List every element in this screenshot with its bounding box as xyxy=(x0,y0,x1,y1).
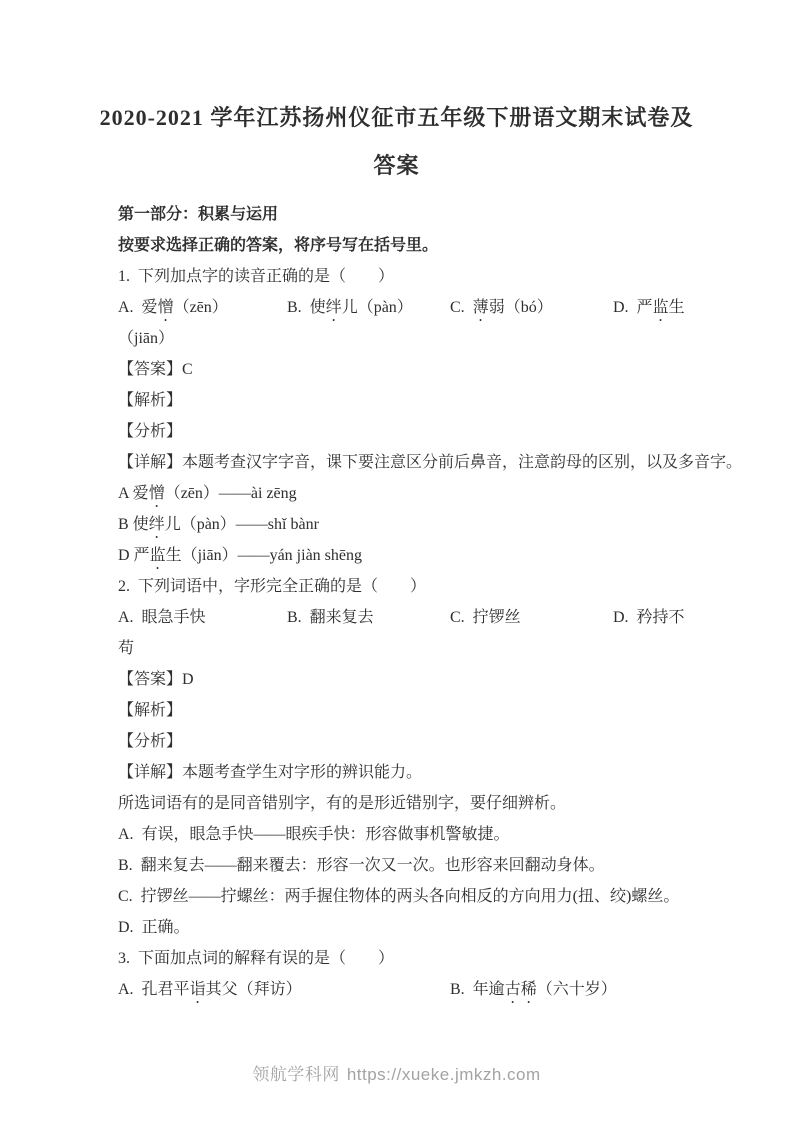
text-run: B. 使 xyxy=(287,299,326,316)
explanation-1-b: B 使绊儿（pàn）——shǐ bànr xyxy=(118,509,683,540)
text-run: 按要求选择正确的答案，将序号写在括号里。 xyxy=(118,237,438,254)
text-run: D 严 xyxy=(118,547,150,564)
detail-2: 【详解】本题考查学生对字形的辨识能力。 xyxy=(118,757,683,788)
explanation-2-a: A. 有误，眼急手快——眼疾手快：形容做事机警敏捷。 xyxy=(118,819,683,850)
text-run: 【答案】D xyxy=(118,671,194,688)
explanation-1-d: D 严监生（jiān）——yán jiàn shēng xyxy=(118,540,683,571)
text-run: 生（jiān）——yán jiàn shēng xyxy=(166,547,362,564)
detail-1: 【详解】本题考查汉字字音，课下要注意区分前后鼻音，注意韵母的区别，以及多音字。 xyxy=(118,447,683,478)
text-run: 【分析】 xyxy=(118,733,182,750)
text-run: 1. 下列加点字的读音正确的是（ ） xyxy=(118,268,394,285)
analysis-1: 【分析】 xyxy=(118,416,683,447)
document-title: 2020-2021 学年江苏扬州仪征市五年级下册语文期末试卷及 答案 xyxy=(0,0,793,190)
emphasized-char: 监 xyxy=(653,299,669,316)
text-run: 【详解】本题考查学生对字形的辨识能力。 xyxy=(118,764,422,781)
text-run: 【解析】 xyxy=(118,392,182,409)
answer-2: 【答案】D xyxy=(118,664,683,695)
question-2-options-cell-c: C. 拧锣丝 xyxy=(450,602,613,633)
analysis-2: 【分析】 xyxy=(118,726,683,757)
question-1-options-cell-a: A. 爱憎（zēn） xyxy=(118,292,287,325)
question-1-options: A. 爱憎（zēn）B. 使绊儿（pàn）C. 薄弱（bó）D. 严监生 xyxy=(118,292,683,323)
document-body: 第一部分：积累与运用按要求选择正确的答案，将序号写在括号里。1. 下列加点字的读… xyxy=(118,199,683,1005)
text-run: A. 眼急手快 xyxy=(118,609,206,626)
text-run: 儿（pàn） xyxy=(342,299,413,316)
question-2-options-cell-a: A. 眼急手快 xyxy=(118,602,287,633)
question-1-options-cell-b: B. 使绊儿（pàn） xyxy=(287,292,450,325)
text-run: A. 孔君平 xyxy=(118,981,190,998)
text-run: （zēn） xyxy=(174,299,228,316)
text-run: B 使 xyxy=(118,516,149,533)
emphasized-char: 憎 xyxy=(149,485,165,502)
text-run: 【解析】 xyxy=(118,702,182,719)
text-run: D. 矜持不 xyxy=(613,609,685,626)
explanation-1-a: A 爱憎（zēn）——ài zēng xyxy=(118,478,683,509)
emphasized-char: 绊 xyxy=(326,299,342,316)
footer-site-name: 领航学科网 xyxy=(252,1065,340,1084)
text-run: 2. 下列词语中，字形完全正确的是（ ） xyxy=(118,578,426,595)
text-run: D. 严 xyxy=(613,299,653,316)
emphasized-char: 监 xyxy=(150,547,166,564)
text-run: A 爱 xyxy=(118,485,149,502)
title-line-1: 2020-2021 学年江苏扬州仪征市五年级下册语文期末试卷及 xyxy=(0,94,793,142)
text-run: 所选词语有的是同音错别字，有的是形近错别字，要仔细辨析。 xyxy=(118,795,566,812)
question-1-options-cell-d: D. 严监生 xyxy=(613,292,685,325)
text-run: （六十岁） xyxy=(537,981,617,998)
title-line-2: 答案 xyxy=(0,142,793,190)
document-page: 2020-2021 学年江苏扬州仪征市五年级下册语文期末试卷及 答案 第一部分：… xyxy=(0,0,793,1122)
section-heading: 第一部分：积累与运用 xyxy=(118,199,683,230)
text-run: 3. 下面加点词的解释有误的是（ ） xyxy=(118,950,394,967)
text-run: 弱（bó） xyxy=(489,299,553,316)
question-2-options-cell-b: B. 翻来复去 xyxy=(287,602,450,633)
emphasized-char: 古稀 xyxy=(505,981,537,998)
text-run: 苟 xyxy=(118,640,134,657)
question-1-option-d-continuation: （jiān） xyxy=(118,323,683,354)
question-3-options-cell-a: A. 孔君平诣其父（拜访） xyxy=(118,974,450,1007)
text-run: A. 爱 xyxy=(118,299,158,316)
text-run: C. 拧锣丝——拧螺丝：两手握住物体的两头各向相反的方向用力(扭、绞)螺丝。 xyxy=(118,888,679,905)
text-run: 【分析】 xyxy=(118,423,182,440)
emphasized-char: 憎 xyxy=(158,299,174,316)
question-3-options: A. 孔君平诣其父（拜访）B. 年逾古稀（六十岁） xyxy=(118,974,683,1005)
question-2: 2. 下列词语中，字形完全正确的是（ ） xyxy=(118,571,683,602)
text-run: C. xyxy=(450,299,473,316)
text-run: B. 翻来复去——翻来覆去：形容一次又一次。也形容来回翻动身体。 xyxy=(118,857,605,874)
question-2-option-d-continuation: 苟 xyxy=(118,633,683,664)
question-2-options-cell-d: D. 矜持不 xyxy=(613,602,685,633)
analysis-label-2: 【解析】 xyxy=(118,695,683,726)
question-3-options-cell-b: B. 年逾古稀（六十岁） xyxy=(450,974,683,1007)
emphasized-char: 绊 xyxy=(149,516,165,533)
answer-1: 【答案】C xyxy=(118,354,683,385)
footer-watermark: 领航学科网https://xueke.jmkzh.com xyxy=(0,1060,793,1085)
emphasized-char: 薄 xyxy=(473,299,489,316)
text-run: C. 拧锣丝 xyxy=(450,609,521,626)
instruction: 按要求选择正确的答案，将序号写在括号里。 xyxy=(118,230,683,261)
text-run: 儿（pàn）——shǐ bànr xyxy=(165,516,319,533)
text-run: B. 年逾 xyxy=(450,981,505,998)
emphasized-char: 诣 xyxy=(190,981,206,998)
explanation-2-b: B. 翻来复去——翻来覆去：形容一次又一次。也形容来回翻动身体。 xyxy=(118,850,683,881)
footer-url: https://xueke.jmkzh.com xyxy=(347,1065,541,1084)
text-run: 生 xyxy=(669,299,685,316)
question-1-options-cell-c: C. 薄弱（bó） xyxy=(450,292,613,325)
text-run: （jiān） xyxy=(118,330,174,347)
text-run: 其父（拜访） xyxy=(206,981,302,998)
question-2-options: A. 眼急手快B. 翻来复去C. 拧锣丝D. 矜持不 xyxy=(118,602,683,633)
detail-2-note: 所选词语有的是同音错别字，有的是形近错别字，要仔细辨析。 xyxy=(118,788,683,819)
explanation-2-c: C. 拧锣丝——拧螺丝：两手握住物体的两头各向相反的方向用力(扭、绞)螺丝。 xyxy=(118,881,683,912)
text-run: 【答案】C xyxy=(118,361,193,378)
analysis-label-1: 【解析】 xyxy=(118,385,683,416)
question-1: 1. 下列加点字的读音正确的是（ ） xyxy=(118,261,683,292)
text-run: 【详解】本题考查汉字字音，课下要注意区分前后鼻音，注意韵母的区别，以及多音字。 xyxy=(118,454,742,471)
text-run: A. 有误，眼急手快——眼疾手快：形容做事机警敏捷。 xyxy=(118,826,510,843)
text-run: 第一部分：积累与运用 xyxy=(118,206,278,223)
question-3: 3. 下面加点词的解释有误的是（ ） xyxy=(118,943,683,974)
text-run: D. 正确。 xyxy=(118,919,190,936)
explanation-2-d: D. 正确。 xyxy=(118,912,683,943)
text-run: （zēn）——ài zēng xyxy=(165,485,297,502)
text-run: B. 翻来复去 xyxy=(287,609,374,626)
